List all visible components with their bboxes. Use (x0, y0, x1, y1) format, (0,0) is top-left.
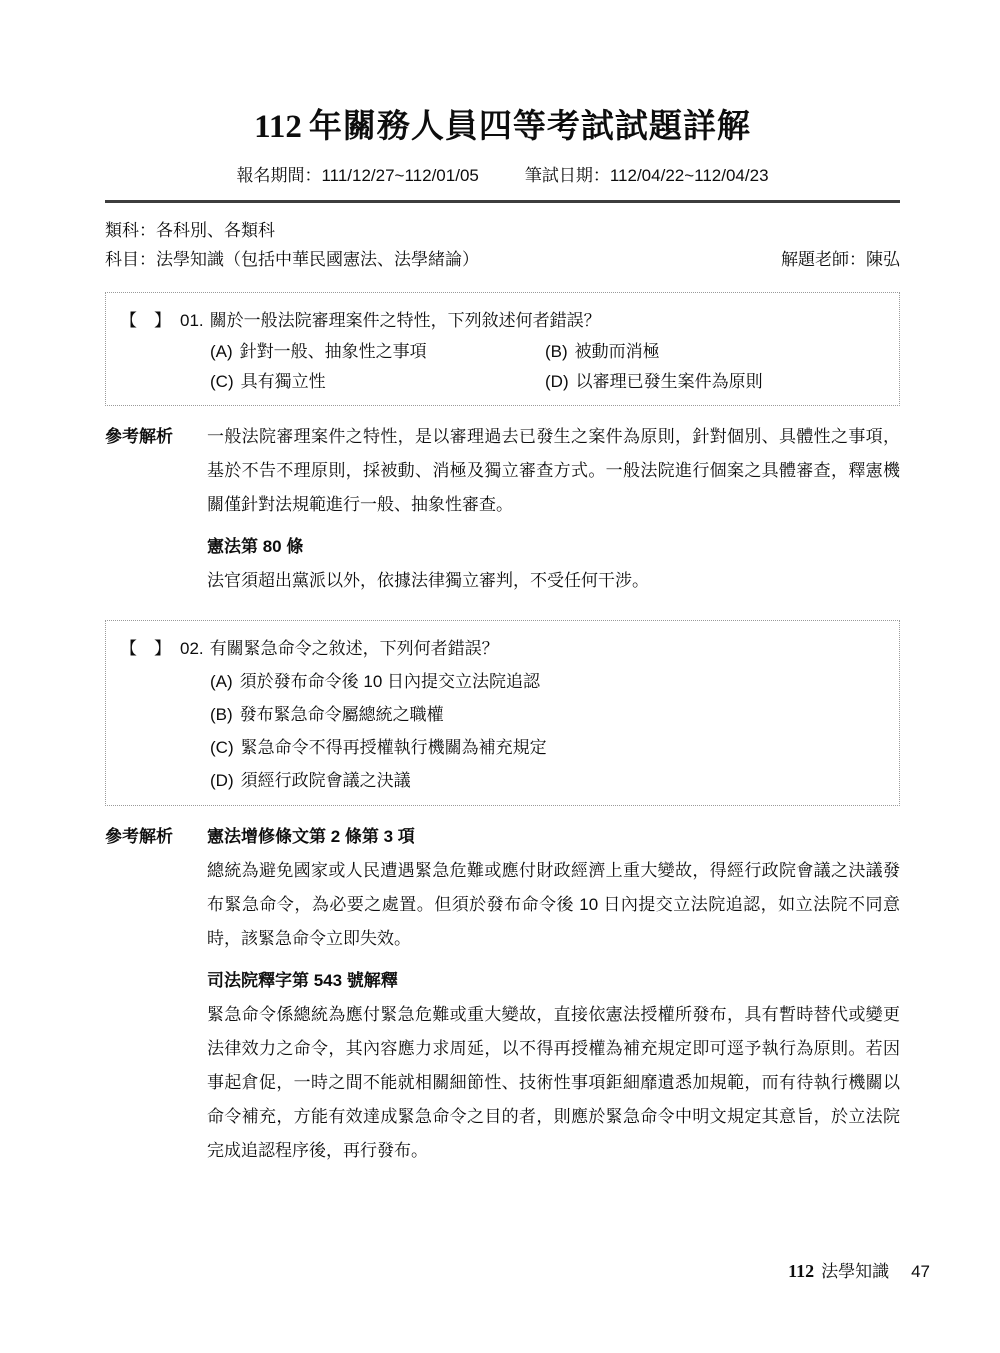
registration-period: 報名期間：111/12/27~112/01/05 (236, 164, 478, 188)
answer-brackets: 【 】 (120, 632, 171, 665)
option-label: (D) (210, 764, 234, 797)
question-number: 01. (180, 304, 204, 337)
teacher-line: 解題老師：陳弘 (781, 245, 900, 274)
option-text: 針對一般、抽象性之事項 (240, 337, 427, 367)
analysis-paragraph: 法官須超出黨派以外，依據法律獨立審判，不受任何干涉。 (207, 564, 900, 598)
page-content: 112年關務人員四等考試試題詳解 報名期間：111/12/27~112/01/0… (105, 0, 900, 1168)
option-item-d: (D) 須經行政院會議之決議 (210, 764, 885, 797)
category-line: 類科：各科別、各類科 (105, 216, 900, 245)
options-list: (A) 須於發布命令後 10 日內提交立法院追認 (B) 發布緊急命令屬總統之職… (210, 665, 885, 797)
question-stem-line: 【 】 02. 有關緊急命令之敘述，下列何者錯誤？ (120, 632, 885, 665)
analysis-block-01: 參考解析 一般法院審理案件之特性，是以審理過去已發生之案件為原則，針對個別、具體… (105, 420, 900, 598)
option-text: 須於發布命令後 10 日內提交立法院追認 (240, 665, 540, 698)
option-label: (D) (545, 367, 569, 397)
title-text: 年關務人員四等考試試題詳解 (309, 107, 751, 144)
divider-rule (105, 200, 900, 203)
page-footer: 112法學知識47 (788, 1258, 930, 1285)
analysis-label: 參考解析 (105, 820, 207, 1168)
subject-line: 科目：法學知識（包括中華民國憲法、法學緒論） (105, 245, 479, 274)
analysis-paragraph: 總統為避免國家或人民遭遇緊急危難或應付財政經濟上重大變故，得經行政院會議之決議發… (207, 854, 900, 956)
question-box-02: 【 】 02. 有關緊急命令之敘述，下列何者錯誤？ (A) 須於發布命令後 10… (105, 620, 900, 806)
meta-block: 類科：各科別、各類科 科目：法學知識（包括中華民國憲法、法學緒論） 解題老師：陳… (105, 216, 900, 274)
footer-year: 112 (788, 1261, 814, 1281)
analysis-heading: 憲法第 80 條 (207, 530, 900, 564)
option-text: 以審理已發生案件為原則 (576, 367, 763, 397)
subject-line-row: 科目：法學知識（包括中華民國憲法、法學緒論） 解題老師：陳弘 (105, 245, 900, 274)
option-text: 須經行政院會議之決議 (241, 764, 411, 797)
options-list: (A) 針對一般、抽象性之事項 (B) 被動而消極 (C) 具有獨立性 (D) … (210, 337, 885, 397)
question-block-02: 【 】 02. 有關緊急命令之敘述，下列何者錯誤？ (A) 須於發布命令後 10… (105, 620, 900, 1168)
footer-page-number: 47 (911, 1262, 930, 1281)
analysis-paragraph: 緊急命令係總統為應付緊急危難或重大變故，直接依憲法授權所發布，具有暫時替代或變更… (207, 998, 900, 1168)
answer-brackets: 【 】 (120, 304, 171, 337)
option-label: (B) (545, 337, 568, 367)
option-item-c: (C) 具有獨立性 (210, 367, 545, 397)
question-stem: 關於一般法院審理案件之特性，下列敘述何者錯誤？ (210, 304, 601, 337)
footer-subject: 法學知識 (821, 1262, 889, 1281)
option-label: (C) (210, 731, 234, 764)
option-item-b: (B) 發布緊急命令屬總統之職權 (210, 698, 885, 731)
option-item-b: (B) 被動而消極 (545, 337, 885, 367)
analysis-label: 參考解析 (105, 420, 207, 598)
option-label: (C) (210, 367, 234, 397)
option-label: (A) (210, 665, 233, 698)
option-text: 發布緊急命令屬總統之職權 (240, 698, 444, 731)
analysis-block-02: 參考解析 憲法增修條文第 2 條第 3 項 總統為避免國家或人民遭遇緊急危難或應… (105, 820, 900, 1168)
title-year: 112 (254, 109, 302, 145)
page-title: 112年關務人員四等考試試題詳解 (105, 104, 900, 149)
option-text: 具有獨立性 (241, 367, 326, 397)
option-item-c: (C) 緊急命令不得再授權執行機關為補充規定 (210, 731, 885, 764)
option-text: 被動而消極 (575, 337, 660, 367)
question-number: 02. (180, 632, 204, 665)
question-stem: 有關緊急命令之敘述，下列何者錯誤？ (210, 632, 499, 665)
option-item-a: (A) 須於發布命令後 10 日內提交立法院追認 (210, 665, 885, 698)
analysis-heading: 司法院釋字第 543 號解釋 (207, 964, 900, 998)
analysis-body: 一般法院審理案件之特性，是以審理過去已發生之案件為原則，針對個別、具體性之事項，… (207, 420, 900, 598)
question-box-01: 【 】 01. 關於一般法院審理案件之特性，下列敘述何者錯誤？ (A) 針對一般… (105, 292, 900, 406)
written-exam-date: 筆試日期：112/04/22~112/04/23 (525, 164, 769, 188)
question-stem-line: 【 】 01. 關於一般法院審理案件之特性，下列敘述何者錯誤？ (120, 304, 885, 337)
question-block-01: 【 】 01. 關於一般法院審理案件之特性，下列敘述何者錯誤？ (A) 針對一般… (105, 292, 900, 598)
exam-solution-page: 112年關務人員四等考試試題詳解 報名期間：111/12/27~112/01/0… (0, 0, 1000, 1353)
option-item-a: (A) 針對一般、抽象性之事項 (210, 337, 545, 367)
option-item-d: (D) 以審理已發生案件為原則 (545, 367, 885, 397)
analysis-heading: 憲法增修條文第 2 條第 3 項 (207, 820, 900, 854)
option-label: (B) (210, 698, 233, 731)
analysis-paragraph: 一般法院審理案件之特性，是以審理過去已發生之案件為原則，針對個別、具體性之事項，… (207, 420, 900, 522)
analysis-body: 憲法增修條文第 2 條第 3 項 總統為避免國家或人民遭遇緊急危難或應付財政經濟… (207, 820, 900, 1168)
option-text: 緊急命令不得再授權執行機關為補充規定 (241, 731, 547, 764)
option-label: (A) (210, 337, 233, 367)
exam-dates-line: 報名期間：111/12/27~112/01/05 筆試日期：112/04/22~… (105, 164, 900, 188)
